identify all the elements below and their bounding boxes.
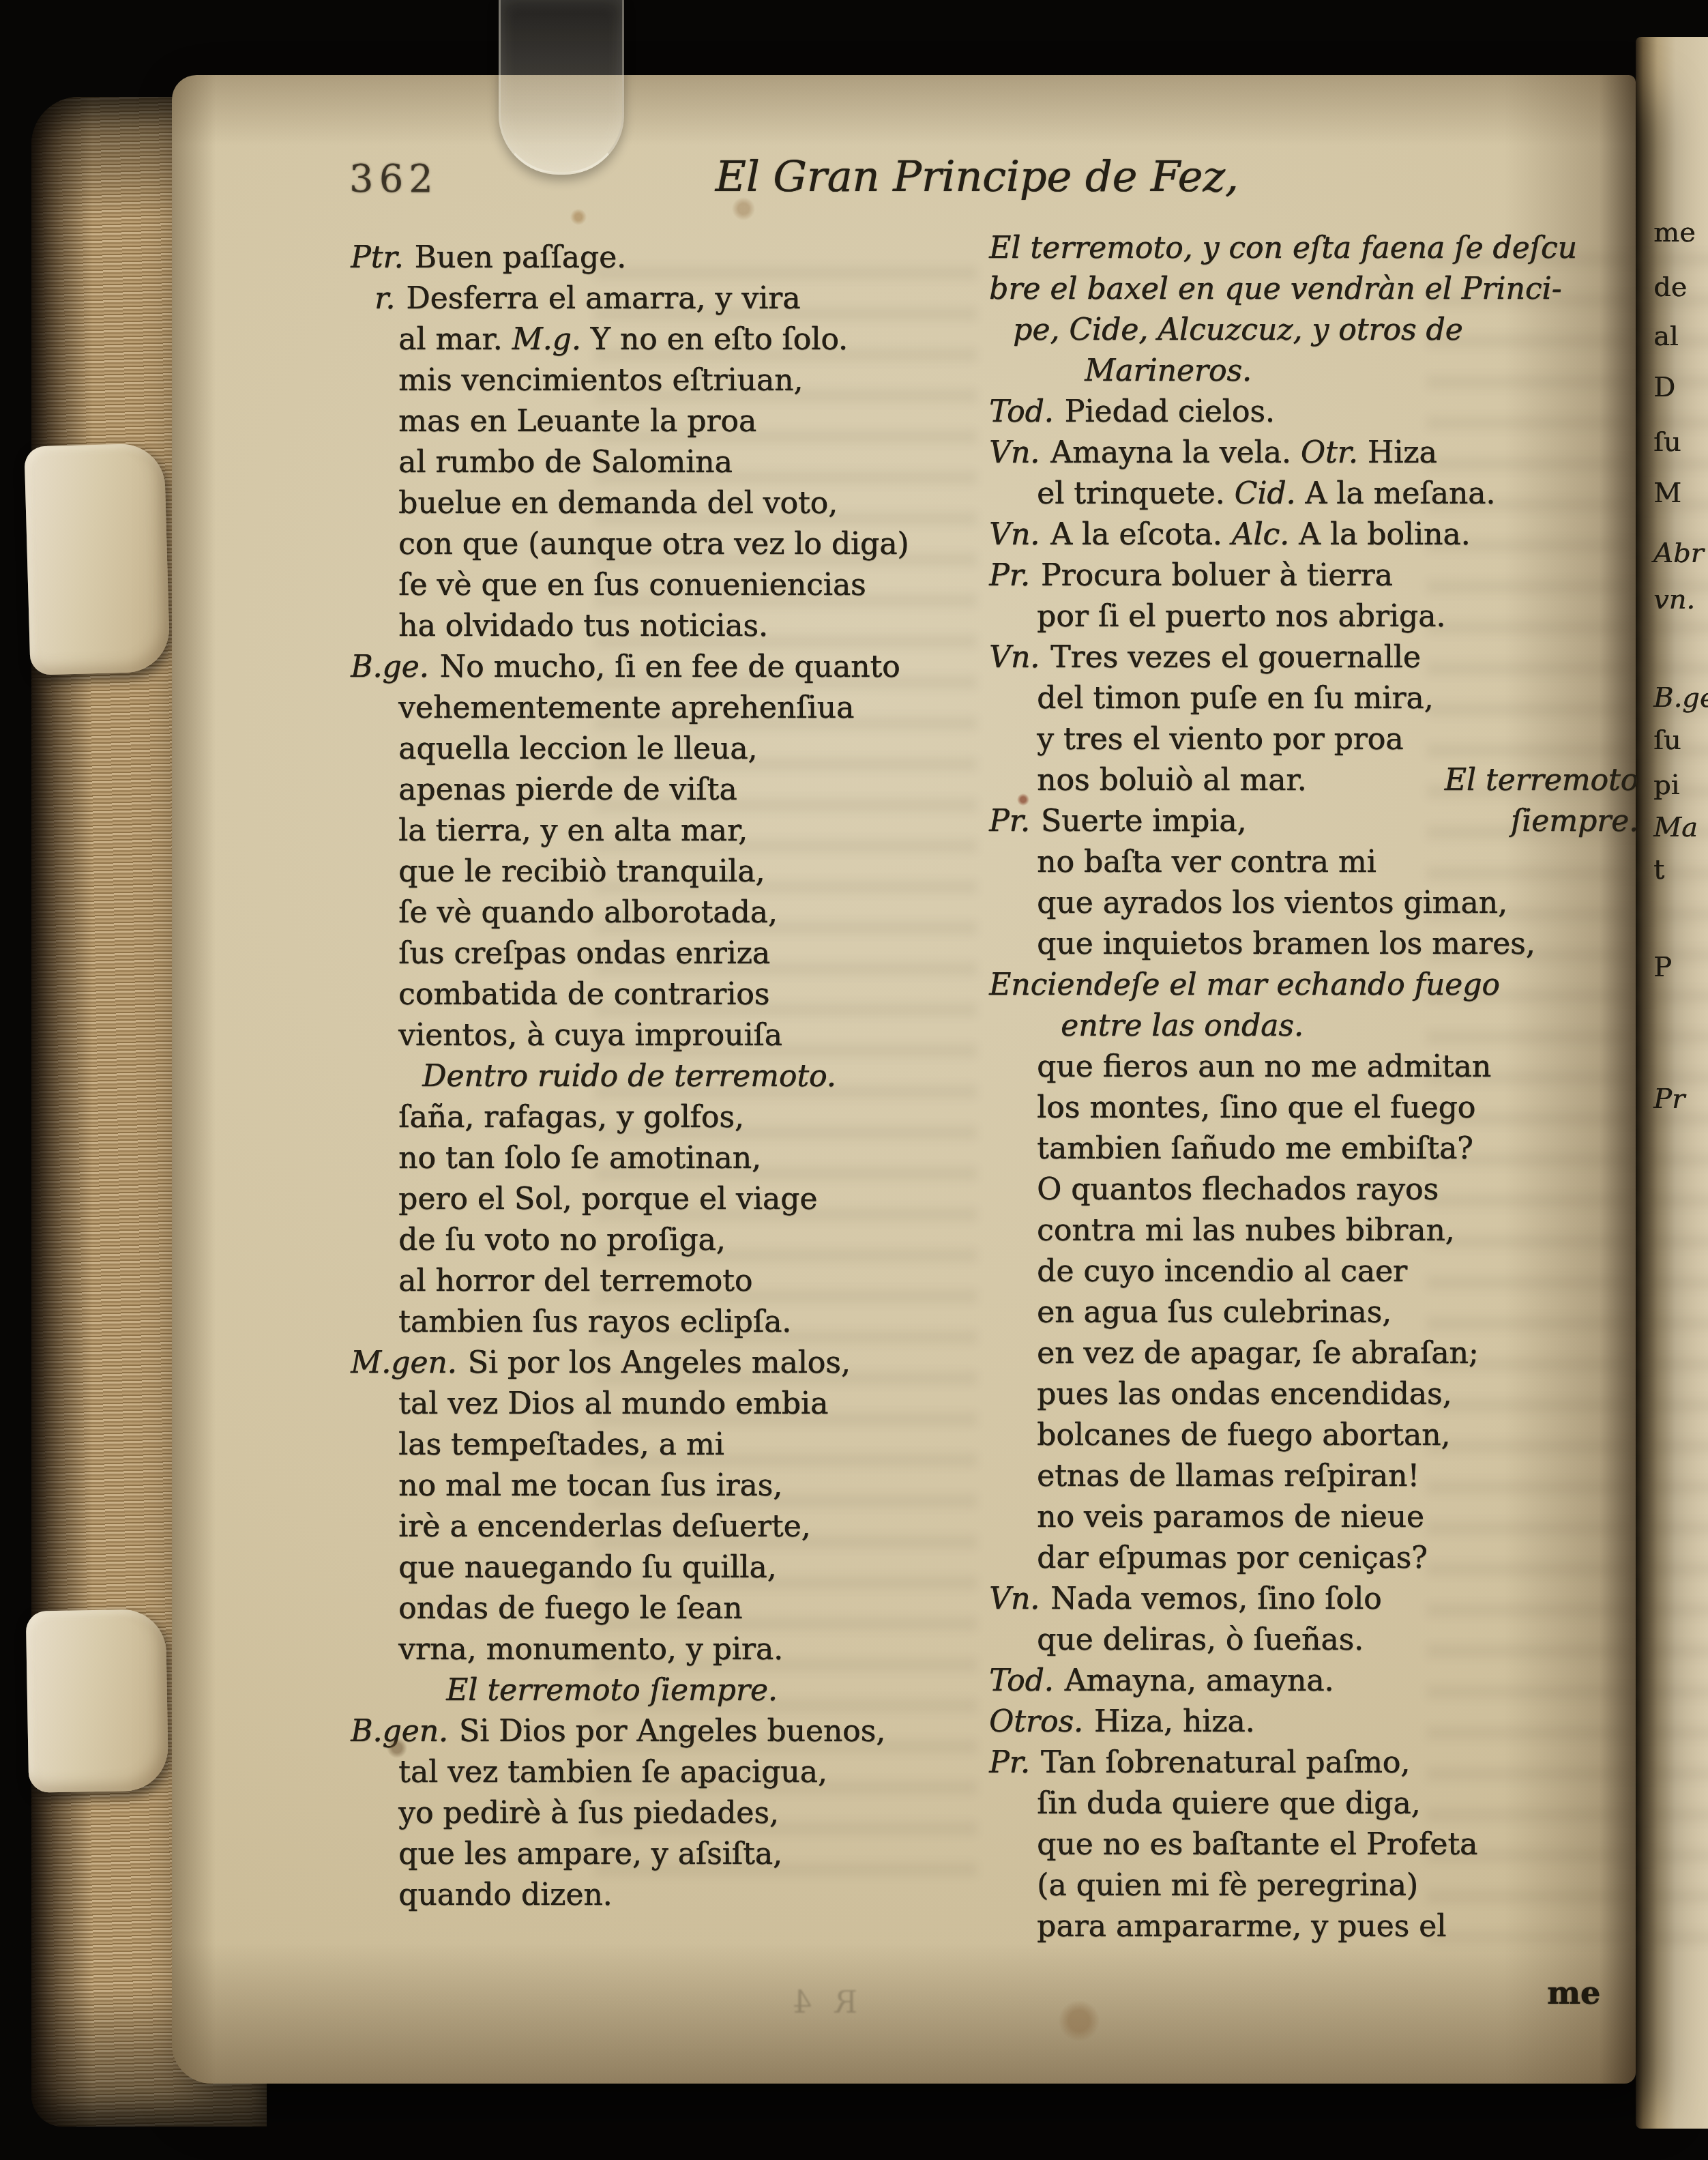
verse-line: O quantos flechados rayos <box>989 1169 1638 1210</box>
facing-page-edge: medealDſuMAbrvn.B.genſupiMatPPr <box>1636 37 1708 2129</box>
verse-line: Tod.Amayna, amayna. <box>989 1661 1638 1702</box>
verse-text: ſaña, rafagas, y golfos, <box>398 1100 744 1135</box>
verse-line: las tempeſtades, a mi <box>351 1425 988 1465</box>
verse-text: Hiza <box>1358 435 1437 470</box>
verse-line: tambien ſañudo me embiſta? <box>989 1128 1638 1169</box>
verse-line: r.Desferra el amarra, y vira <box>351 278 988 319</box>
verse-line: de cuyo incendio al caer <box>989 1251 1638 1292</box>
verse-text: bolcanes de fuego abortan, <box>1037 1418 1450 1453</box>
verse-line: dar eſpumas por ceniças? <box>989 1538 1638 1579</box>
verse-line: Vn.Amayna la vela. Otr. Hiza <box>989 433 1638 473</box>
verse-text: Buen paſſage. <box>414 240 625 275</box>
photo-background: 362 El Gran Principe de Fez, Ptr.Buen pa… <box>0 0 1708 2160</box>
fabric-bookmark-tab-lower <box>26 1609 169 1793</box>
verse-text: Nada vemos, ſino ſolo <box>1050 1581 1381 1616</box>
verse-line: B.ge.No mucho, ſi en fee de quanto <box>351 647 988 688</box>
stage-direction-line: El terremoto ſiempre. <box>351 1670 988 1711</box>
facing-page-text-fragment: vn. <box>1653 584 1695 615</box>
verse-line: al rumbo de Salomina <box>351 442 988 483</box>
signature-mark-show-through: R 4 <box>786 1985 857 2020</box>
verse-line: vrna, monumento, y pira. <box>351 1629 988 1670</box>
verse-text: no mal me tocan ſus iras, <box>398 1468 782 1503</box>
verse-line: el trinquete. Cid. A la meſana. <box>989 473 1638 514</box>
verse-text: ondas de fuego le ſean <box>398 1591 742 1626</box>
speaker-abbreviation: Ptr. <box>351 240 403 275</box>
speaker-abbreviation: Vn. <box>989 640 1040 675</box>
verse-text: que deliras, ò ſueñas. <box>1037 1622 1364 1657</box>
verse-line: ſus creſpas ondas enriza <box>351 933 988 974</box>
verse-line: Pr.Procura boluer à tierra <box>989 555 1638 596</box>
speaker-abbreviation: Pr. <box>989 558 1030 593</box>
speaker-abbreviation: Vn. <box>989 1581 1040 1616</box>
verse-line: ſe vè quando alborotada, <box>351 892 988 933</box>
verse-line: apenas pierde de viſta <box>351 770 988 811</box>
verse-text: al horror del terremoto <box>398 1264 752 1298</box>
verse-text: vrna, monumento, y pira. <box>398 1632 783 1667</box>
verse-text: apenas pierde de viſta <box>398 772 737 807</box>
verse-text: tal vez tambien ſe apacigua, <box>398 1755 827 1790</box>
facing-page-text-fragment: Ma <box>1653 812 1698 843</box>
facing-page-text-fragment: pi <box>1653 770 1679 801</box>
speaker-abbreviation: Tod. <box>989 1663 1054 1698</box>
verse-text: Si Dios por Angeles buenos, <box>459 1714 885 1749</box>
verse-line: combatida de contrarios <box>351 974 988 1015</box>
text-column-right: El terremoto, y con eſta faena ſe deſcub… <box>989 228 1638 1947</box>
verse-line: que fieros aun no me admitan <box>989 1047 1638 1088</box>
verse-text: ſe vè que en ſus conueniencias <box>398 568 866 602</box>
verse-line: pero el Sol, porque el viage <box>351 1179 988 1220</box>
verse-text: Procura boluer à tierra <box>1041 558 1393 593</box>
plastic-index-tab <box>499 0 624 175</box>
verse-line: al horror del terremoto <box>351 1261 988 1302</box>
verse-line: pues las ondas encendidas, <box>989 1374 1638 1415</box>
verse-text: Piedad cielos. <box>1065 394 1275 429</box>
inline-speaker-abbreviation: M.g. <box>512 322 580 357</box>
verse-text: pues las ondas encendidas, <box>1037 1377 1452 1412</box>
verse-text: A la meſana. <box>1295 476 1495 511</box>
verse-line: M.gen.Si por los Angeles malos, <box>351 1343 988 1384</box>
verse-text: mas en Leuante la proa <box>398 404 756 439</box>
verse-line: y tres el viento por proa <box>989 719 1638 760</box>
verse-line: mas en Leuante la proa <box>351 401 988 442</box>
stage-direction-text: El terremoto, y con eſta faena ſe deſcu <box>989 231 1577 265</box>
speaker-abbreviation: Tod. <box>989 394 1054 429</box>
facing-page-text-fragment: t <box>1653 854 1664 886</box>
stage-direction-text: entre las ondas. <box>1061 1008 1304 1043</box>
verse-text: no baſta ver contra mi <box>1037 845 1376 879</box>
verse-line: ſin duda quiere que diga, <box>989 1783 1638 1824</box>
verse-text: al rumbo de Salomina <box>398 445 733 480</box>
facing-page-text-fragment: ſu <box>1653 426 1681 458</box>
verse-line: la tierra, y en alta mar, <box>351 811 988 851</box>
verse-text: tambien ſañudo me embiſta? <box>1037 1131 1473 1166</box>
verse-text: de ſu voto no proſiga, <box>398 1223 726 1257</box>
verse-text: tambien ſus rayos eclipſa. <box>398 1304 791 1339</box>
speaker-abbreviation: Vn. <box>989 517 1040 552</box>
verse-line: que les ampare, y aſsiſta, <box>351 1834 988 1875</box>
running-header: El Gran Principe de Fez, <box>554 151 1400 201</box>
verse-text: pero el Sol, porque el viage <box>398 1182 817 1216</box>
verse-line: con que (aunque otra vez lo diga) <box>351 524 988 565</box>
verse-line: contra mi las nubes bibran, <box>989 1210 1638 1251</box>
stage-direction-text: El terremoto ſiempre. <box>446 1673 778 1708</box>
facing-page-text-fragment: al <box>1653 321 1679 352</box>
stage-direction-line: Dentro ruido de terremoto. <box>351 1056 988 1097</box>
verse-line: no tan ſolo ſe amotinan, <box>351 1138 988 1179</box>
verse-text: Amayna la vela. <box>1050 435 1301 470</box>
verse-text: en vez de apagar, ſe abraſan; <box>1037 1336 1478 1371</box>
verse-line: yo pedirè à ſus piedades, <box>351 1793 988 1834</box>
facing-page-text-fragment: ſu <box>1653 725 1681 756</box>
verse-line: que no es baſtante el Profeta <box>989 1824 1638 1865</box>
stage-direction-text: Marineros. <box>1085 353 1252 388</box>
facing-page-text-fragment: Abr <box>1653 538 1704 569</box>
stage-direction-text: bre el baxel en que vendràn el Princi- <box>989 272 1561 306</box>
stage-direction-text: Enciendeſe el mar echando fuego <box>989 967 1500 1002</box>
fabric-bookmark-tab-upper <box>24 443 170 675</box>
verse-text: por ſi el puerto nos abriga. <box>1037 599 1445 634</box>
stage-direction-line: Enciendeſe el mar echando fuego <box>989 965 1638 1006</box>
verse-line: Otros.Hiza, hiza. <box>989 1702 1638 1742</box>
verse-text: quando dizen. <box>398 1878 613 1912</box>
verse-line: en vez de apagar, ſe abraſan; <box>989 1333 1638 1374</box>
verse-text: combatida de contrarios <box>398 977 769 1012</box>
speaker-abbreviation: Pr. <box>989 804 1030 838</box>
verse-text: en agua ſus culebrinas, <box>1037 1295 1392 1330</box>
verse-text: aquella leccion le lleua, <box>398 731 757 766</box>
verse-line: para ampararme, y pues el <box>989 1906 1638 1947</box>
verse-text: nos boluiò al mar. <box>1037 763 1306 798</box>
verse-text: vehementemente aprehenſiua <box>398 690 854 725</box>
verse-text: irè a encenderlas deſuerte, <box>398 1509 810 1544</box>
verse-text: con que (aunque otra vez lo diga) <box>398 527 909 561</box>
speaker-abbreviation: M.gen. <box>351 1345 457 1380</box>
verse-line: que le recibiò tranquila, <box>351 851 988 892</box>
verse-line: que nauegando ſu quilla, <box>351 1547 988 1588</box>
verse-line: Vn.Tres vezes el gouernalle <box>989 637 1638 678</box>
verse-line: Pr.Suerte impia,ſiempre. <box>989 801 1638 842</box>
verse-line: ſaña, rafagas, y golfos, <box>351 1097 988 1138</box>
speaker-abbreviation: Pr. <box>989 1745 1030 1780</box>
verse-text: yo pedirè à ſus piedades, <box>398 1796 779 1830</box>
verse-line: (a quien mi fè peregrina) <box>989 1865 1638 1906</box>
stage-direction-line: bre el baxel en que vendràn el Princi- <box>989 269 1638 310</box>
verse-line: ſe vè que en ſus conueniencias <box>351 565 988 606</box>
verse-text: que ayrados los vientos giman, <box>1037 886 1507 920</box>
verse-text: buelue en demanda del voto, <box>398 486 838 521</box>
verse-text: que nauegando ſu quilla, <box>398 1550 776 1585</box>
verse-text: vientos, à cuya improuiſa <box>398 1018 782 1053</box>
stage-direction-text: pe, Cide, Alcuzcuz, y otros de <box>1013 312 1463 347</box>
facing-page-text-fragment: P <box>1653 952 1672 983</box>
text-column-left: Ptr.Buen paſſage.r.Desferra el amarra, y… <box>351 237 988 1916</box>
verse-text: Y no en eſto ſolo. <box>581 322 848 357</box>
facing-page-text-fragment: D <box>1653 372 1675 403</box>
speaker-abbreviation: B.gen. <box>351 1714 448 1749</box>
stage-direction-line: Marineros. <box>989 351 1638 392</box>
verse-line: que deliras, ò ſueñas. <box>989 1620 1638 1661</box>
verse-text: que le recibiò tranquila, <box>398 854 765 889</box>
verse-line: tal vez tambien ſe apacigua, <box>351 1752 988 1793</box>
verse-text: ha olvidado tus noticias. <box>398 609 768 643</box>
stage-direction-trail: ſiempre. <box>1511 801 1638 842</box>
verse-line: que ayrados los vientos giman, <box>989 883 1638 924</box>
catchword: me <box>1547 1974 1600 2011</box>
verse-text: al mar. <box>398 322 512 357</box>
stage-direction-text: Dentro ruido de terremoto. <box>422 1059 836 1094</box>
verse-text: no veis paramos de nieue <box>1037 1500 1424 1534</box>
verse-text: etnas de llamas reſpiran! <box>1037 1459 1419 1493</box>
facing-page-text-fragment: M <box>1653 478 1681 509</box>
verse-text: de cuyo incendio al caer <box>1037 1254 1407 1289</box>
verse-line: Vn.Nada vemos, ſino ſolo <box>989 1579 1638 1620</box>
stage-direction-trail: El terremoto <box>1445 760 1638 801</box>
facing-page-text-fragment: Pr <box>1653 1083 1685 1115</box>
verse-line: de ſu voto no proſiga, <box>351 1220 988 1261</box>
verse-line: irè a encenderlas deſuerte, <box>351 1506 988 1547</box>
inline-speaker-abbreviation: Alc. <box>1232 517 1289 552</box>
verse-text: la tierra, y en alta mar, <box>398 813 748 848</box>
verse-text: ſin duda quiere que diga, <box>1037 1786 1420 1821</box>
verse-text: no tan ſolo ſe amotinan, <box>398 1141 761 1176</box>
verse-text: que fieros aun no me admitan <box>1037 1049 1491 1084</box>
verse-text: ſus creſpas ondas enriza <box>398 936 770 971</box>
verse-text: A la bolina. <box>1289 517 1470 552</box>
verse-line: Ptr.Buen paſſage. <box>351 237 988 278</box>
verse-text: Amayna, amayna. <box>1065 1663 1334 1698</box>
speaker-abbreviation: r. <box>374 281 395 316</box>
verse-line: no mal me tocan ſus iras, <box>351 1465 988 1506</box>
verse-line: no veis paramos de nieue <box>989 1497 1638 1538</box>
facing-page-text-fragment: B.gen <box>1653 682 1708 714</box>
verse-line: Pr.Tan ſobrenatural paſmo, <box>989 1742 1638 1783</box>
verse-text: mis vencimientos eſtriuan, <box>398 363 803 398</box>
verse-line: no baſta ver contra mi <box>989 842 1638 883</box>
verse-text: (a quien mi fè peregrina) <box>1037 1868 1418 1903</box>
verse-text: dar eſpumas por ceniças? <box>1037 1541 1428 1575</box>
verse-text: ſe vè quando alborotada, <box>398 895 778 930</box>
facing-page-text-fragment: de <box>1653 272 1687 303</box>
verse-line: por ſi el puerto nos abriga. <box>989 596 1638 637</box>
verse-text: contra mi las nubes bibran, <box>1037 1213 1455 1248</box>
verse-line: B.gen.Si Dios por Angeles buenos, <box>351 1711 988 1752</box>
verse-text: A la eſcota. <box>1050 517 1231 552</box>
book-page: 362 El Gran Principe de Fez, Ptr.Buen pa… <box>172 75 1636 2084</box>
verse-line: vientos, à cuya improuiſa <box>351 1015 988 1056</box>
verse-line: tal vez Dios al mundo embia <box>351 1384 988 1425</box>
verse-text: el trinquete. <box>1037 476 1234 511</box>
verse-text: Suerte impia, <box>1041 804 1247 838</box>
verse-line: ha olvidado tus noticias. <box>351 606 988 647</box>
verse-line: al mar. M.g. Y no en eſto ſolo. <box>351 319 988 360</box>
verse-text: Desferra el amarra, y vira <box>406 281 800 316</box>
verse-text: No mucho, ſi en fee de quanto <box>440 650 900 684</box>
verse-line: en agua ſus culebrinas, <box>989 1292 1638 1333</box>
verse-text: O quantos flechados rayos <box>1037 1172 1439 1207</box>
verse-text: que les ampare, y aſsiſta, <box>398 1837 782 1871</box>
page-number: 362 <box>349 157 439 201</box>
verse-text: tal vez Dios al mundo embia <box>398 1386 828 1421</box>
speaker-abbreviation: B.ge. <box>351 650 429 684</box>
verse-text: para ampararme, y pues el <box>1037 1909 1446 1944</box>
verse-line: etnas de llamas reſpiran! <box>989 1456 1638 1497</box>
verse-line: Vn.A la eſcota. Alc. A la bolina. <box>989 514 1638 555</box>
verse-line: bolcanes de fuego abortan, <box>989 1415 1638 1456</box>
verse-text: Tres vezes el gouernalle <box>1050 640 1421 675</box>
verse-line: los montes, ſino que el fuego <box>989 1088 1638 1128</box>
verse-text: que inquietos bramen los mares, <box>1037 926 1535 961</box>
verse-line: aquella leccion le lleua, <box>351 729 988 770</box>
verse-line: nos boluiò al mar.El terremoto <box>989 760 1638 801</box>
speaker-abbreviation: Vn. <box>989 435 1040 470</box>
verse-text: Tan ſobrenatural paſmo, <box>1041 1745 1410 1780</box>
inline-speaker-abbreviation: Cid. <box>1234 476 1295 511</box>
verse-line: buelue en demanda del voto, <box>351 483 988 524</box>
verse-line: Tod.Piedad cielos. <box>989 392 1638 433</box>
inline-speaker-abbreviation: Otr. <box>1301 435 1358 470</box>
verse-text: que no es baſtante el Profeta <box>1037 1827 1477 1862</box>
facing-page-text-fragment: me <box>1653 217 1696 248</box>
stage-direction-line: entre las ondas. <box>989 1006 1638 1047</box>
verse-text: Si por los Angeles malos, <box>468 1345 851 1380</box>
speaker-abbreviation: Otros. <box>989 1704 1083 1739</box>
verse-text: y tres el viento por proa <box>1037 722 1403 757</box>
verse-text: Hiza, hiza. <box>1094 1704 1255 1739</box>
verse-line: mis vencimientos eſtriuan, <box>351 360 988 401</box>
verse-text: los montes, ſino que el fuego <box>1037 1090 1475 1125</box>
verse-line: quando dizen. <box>351 1875 988 1916</box>
verse-text: del timon puſe en ſu mira, <box>1037 681 1433 716</box>
verse-text: las tempeſtades, a mi <box>398 1427 724 1462</box>
verse-line: ondas de fuego le ſean <box>351 1588 988 1629</box>
verse-line: que inquietos bramen los mares, <box>989 924 1638 965</box>
stage-direction-line: pe, Cide, Alcuzcuz, y otros de <box>989 310 1638 351</box>
verse-line: tambien ſus rayos eclipſa. <box>351 1302 988 1343</box>
verse-line: vehementemente aprehenſiua <box>351 688 988 729</box>
stage-direction-line: El terremoto, y con eſta faena ſe deſcu <box>989 228 1638 269</box>
verse-line: del timon puſe en ſu mira, <box>989 678 1638 719</box>
